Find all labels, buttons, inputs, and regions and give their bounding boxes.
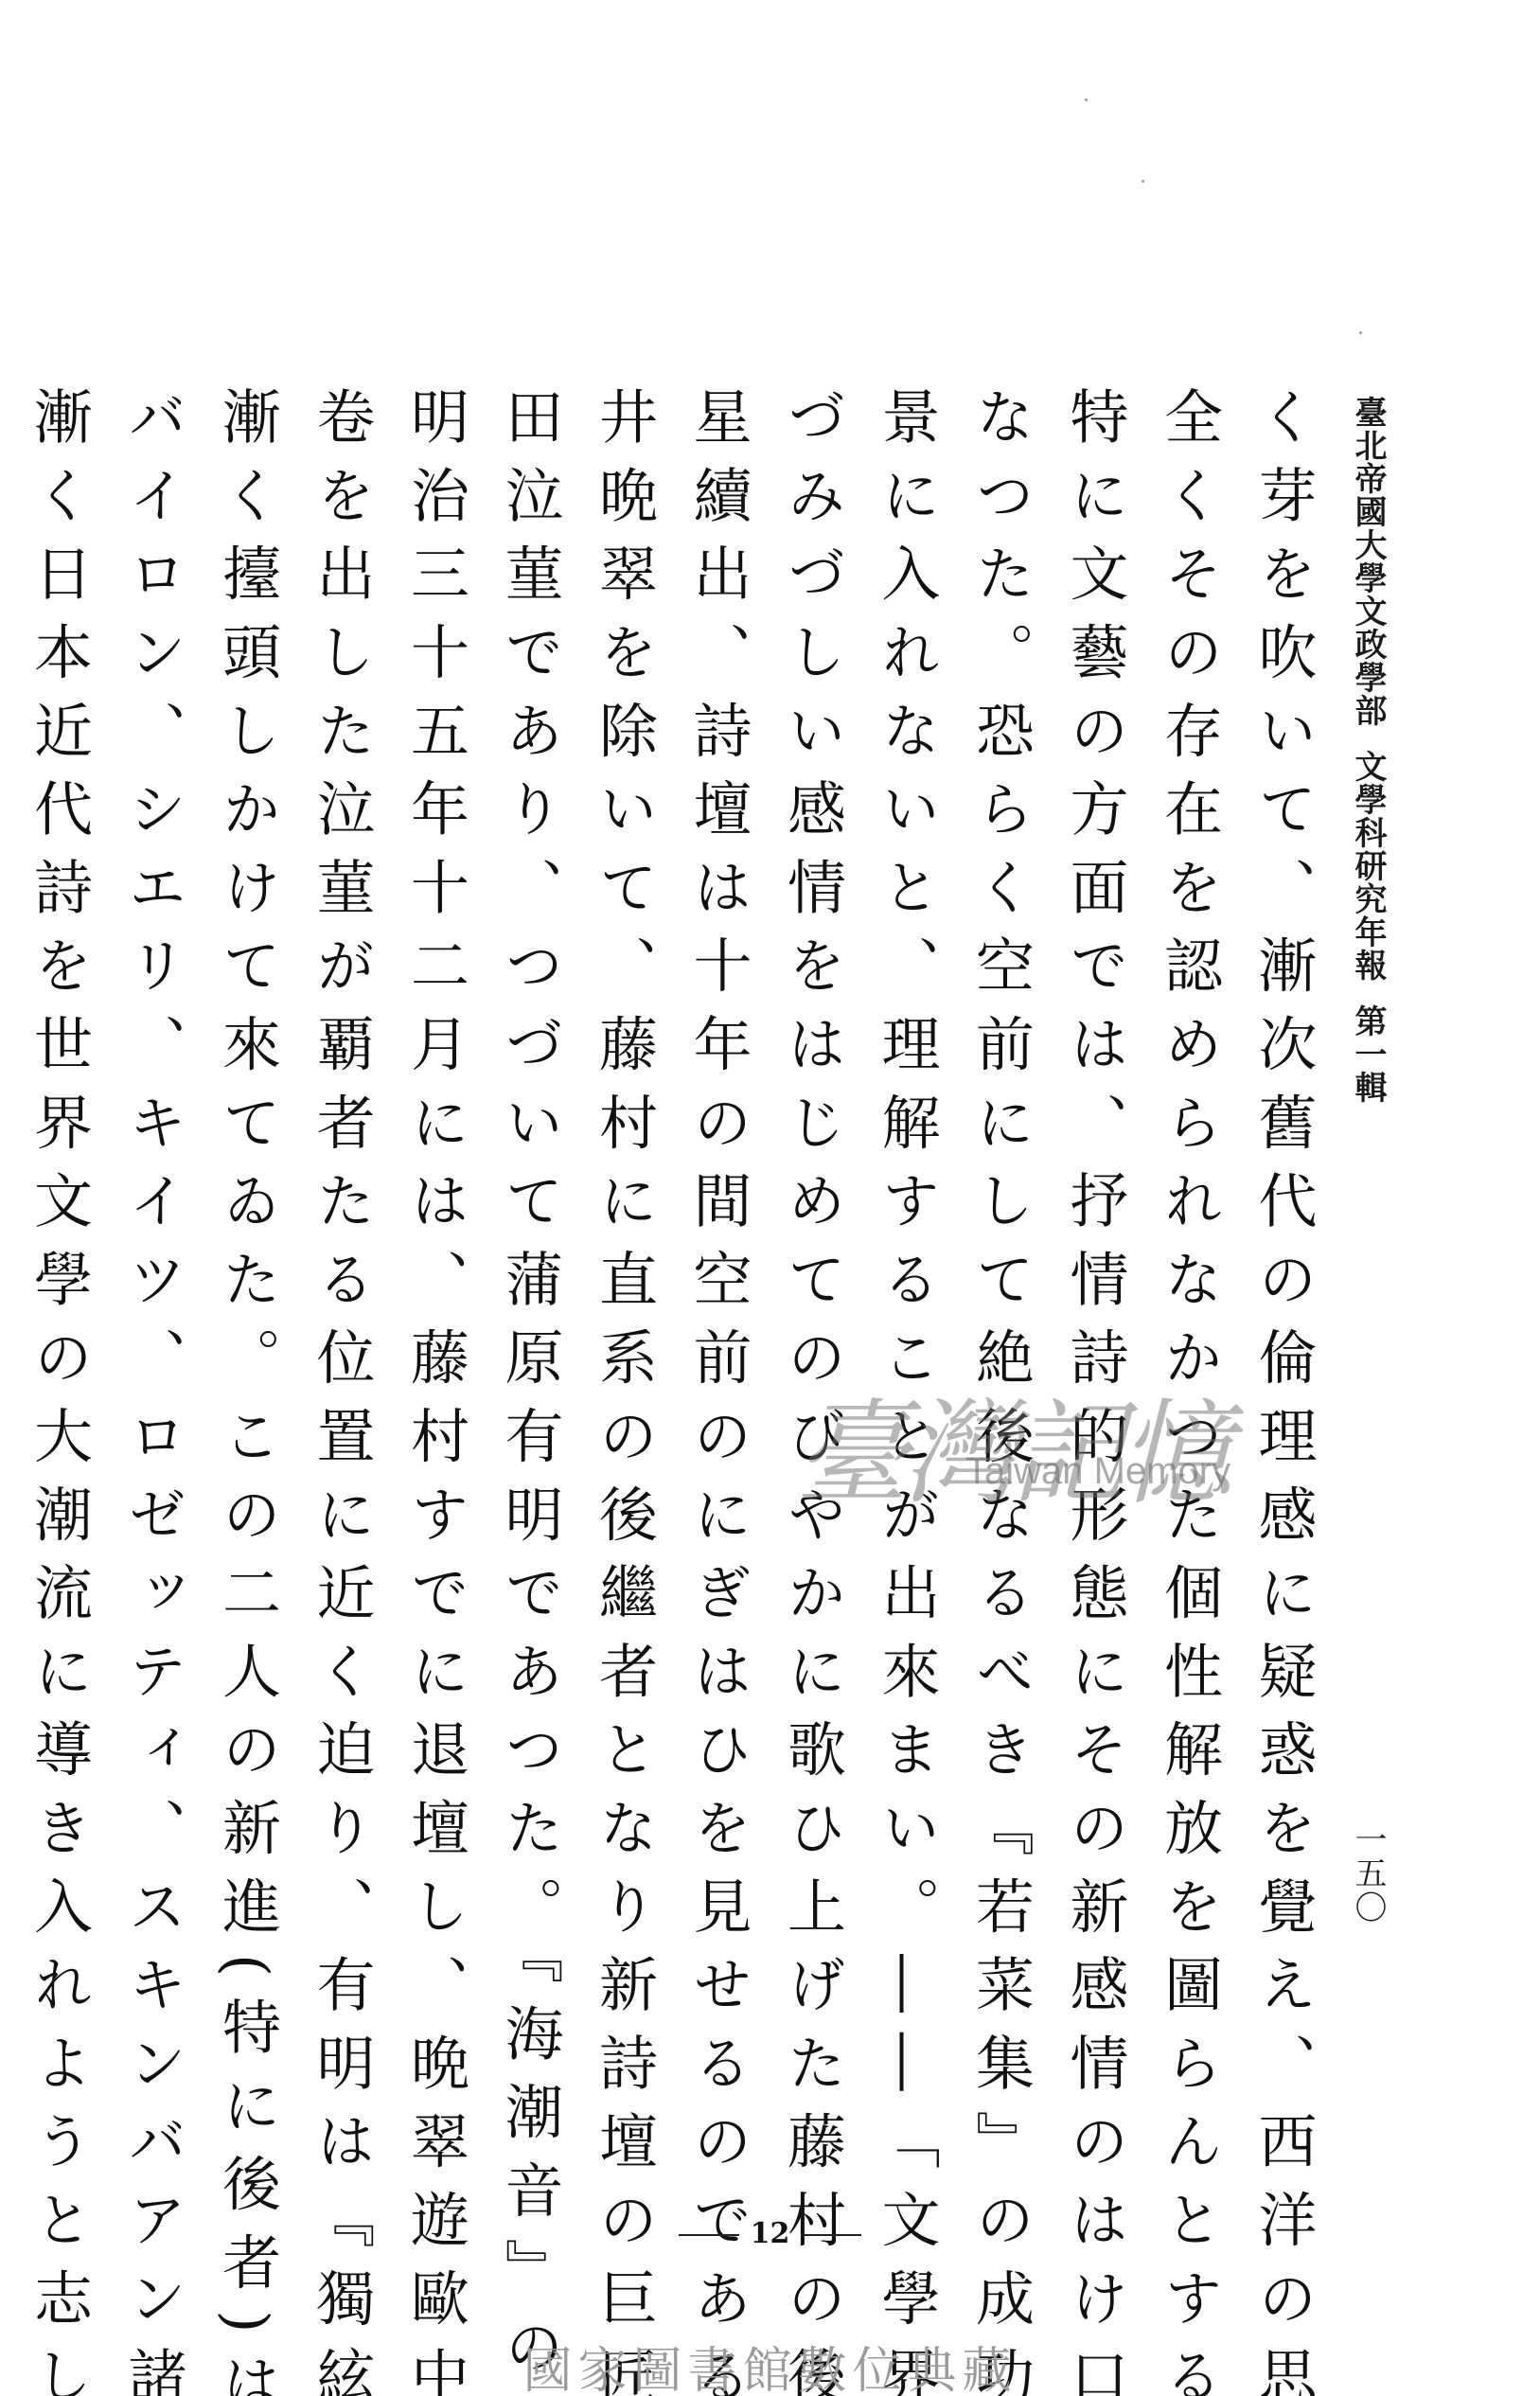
text-column: 漸く日本近代詩を世界文學の大潮流に導き入れようと志してゐたのである。し — [11, 386, 106, 2185]
page-number-kanji: 一五〇 — [1349, 1822, 1387, 1925]
header-volume: 第一輯 — [1349, 1004, 1387, 1104]
text-column: バイロン、シエリ、キイツ、ロゼッティ、スキンバアン諸家の感化の下に作品を公けにし… — [106, 386, 201, 2185]
text-column: 景に入れないと、理解することが出來まい。――「文學界」から巣立つて新日本のみ — [859, 386, 954, 2185]
document-page: 臺北帝國大學文政學部文學科研究年報第一輯 一五〇 く芽を吹いて、漸次舊代の倫理感… — [0, 0, 1540, 2396]
footer-collection-label: 國家圖書館數位典藏 — [0, 2331, 1540, 2396]
text-column: 特に文藝の方面では、抒情詩的形態にその新感情のはけ口を見出してくるやうに — [1048, 386, 1142, 2185]
page-number-bottom: 12 — [0, 2217, 1540, 2250]
text-column: なつた。恐らく空前にして絶後なるべき『若菜集』の成功は、かかる時代思潮を背 — [953, 386, 1048, 2185]
scan-speck — [1142, 180, 1144, 183]
body-text: く芽を吹いて、漸次舊代の倫理感に疑惑を覺え、西洋の思潮を率先して取入れ、從來 全… — [0, 386, 1330, 2185]
text-column: 漸く擡頭しかけて來てゐた。この二人の新進(特に後者)は、夙に英詩の影響をうけ、 — [200, 386, 294, 2185]
header-institution: 臺北帝國大學文政學部 — [1349, 396, 1387, 727]
header-publication: 文學科研究年報 — [1349, 750, 1387, 982]
running-header: 臺北帝國大學文政學部文學科研究年報第一輯 — [1349, 396, 1387, 1104]
text-column: かも當時は此二人の俊髦を始め、一般詩壇は英、詩、以、外、の、西洋近代詩の眞髓を味… — [0, 386, 11, 2185]
scan-speck — [1359, 331, 1362, 334]
text-column: 明治三十五年十二月には、藤村すでに退壇し、晩翠遊歐中で、『暮笛集』『ゆく春』の二 — [388, 386, 483, 2185]
text-column: 田泣菫であり、つづいて蒲原有明であつた。『海潮音』の譯業の始めて現はれかけた — [483, 386, 577, 2185]
text-column: 井晩翠を除いて、藤村に直系の後繼者となり新詩壇の巨匠となつたものは、まづ薄 — [576, 386, 671, 2185]
dash-left — [679, 2234, 739, 2236]
dash-right — [801, 2234, 861, 2236]
text-column: づみづしい感情をはじめてのびやかに歌ひ上げた藤村の後を承けて、これより新 — [765, 386, 859, 2185]
text-column: く芽を吹いて、漸次舊代の倫理感に疑惑を覺え、西洋の思潮を率先して取入れ、從來 — [1236, 386, 1331, 2185]
text-column: 全くその存在を認められなかつた個性解放を圖らんとする青年が現はれ初め、 — [1142, 386, 1236, 2185]
text-column: 星續出、詩壇は十年の間空前のにぎはひを見せるのであるが、いはば傍系に當る土 — [671, 386, 766, 2185]
text-column: 卷を出した泣菫が覇者たる位置に近く迫り、有明は『獨絃哀歌』調の新體によつて — [294, 386, 389, 2185]
scan-speck — [1085, 98, 1088, 101]
page-number-value: 12 — [751, 2217, 790, 2250]
